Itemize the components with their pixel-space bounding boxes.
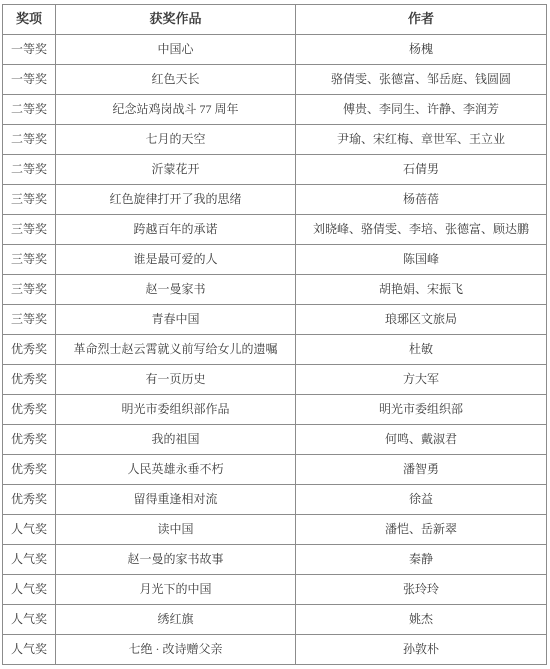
table-row: 优秀奖人民英雄永垂不朽潘智勇 [3, 455, 547, 485]
table-row: 人气奖绣红旗姚杰 [3, 605, 547, 635]
table-row: 优秀奖留得重逢相对流徐益 [3, 485, 547, 515]
author-cell: 杨槐 [296, 35, 547, 65]
award-cell: 一等奖 [3, 65, 56, 95]
author-cell: 刘晓峰、骆倩雯、李培、张德富、顾达鹏 [296, 215, 547, 245]
award-cell: 人气奖 [3, 545, 56, 575]
awards-table-container: 奖项 获奖作品 作者 一等奖中国心杨槐一等奖红色天长骆倩雯、张德富、邹岳庭、钱圆… [0, 0, 550, 669]
award-cell: 人气奖 [3, 605, 56, 635]
author-cell: 孙敦朴 [296, 635, 547, 665]
author-cell: 明光市委组织部 [296, 395, 547, 425]
award-cell: 优秀奖 [3, 455, 56, 485]
work-cell: 我的祖国 [56, 425, 296, 455]
author-cell: 胡艳娟、宋振飞 [296, 275, 547, 305]
table-row: 三等奖红色旋律打开了我的思绪杨蓓蓓 [3, 185, 547, 215]
work-cell: 明光市委组织部作品 [56, 395, 296, 425]
awards-table: 奖项 获奖作品 作者 一等奖中国心杨槐一等奖红色天长骆倩雯、张德富、邹岳庭、钱圆… [2, 4, 547, 665]
author-cell: 徐益 [296, 485, 547, 515]
table-row: 人气奖月光下的中国张玲玲 [3, 575, 547, 605]
work-cell: 赵一曼家书 [56, 275, 296, 305]
author-cell: 陈国峰 [296, 245, 547, 275]
author-cell: 方大军 [296, 365, 547, 395]
award-cell: 二等奖 [3, 155, 56, 185]
work-cell: 绣红旗 [56, 605, 296, 635]
table-row: 二等奖七月的天空尹瑜、宋红梅、章世军、王立业 [3, 125, 547, 155]
work-cell: 月光下的中国 [56, 575, 296, 605]
work-cell: 有一页历史 [56, 365, 296, 395]
work-cell: 红色旋律打开了我的思绪 [56, 185, 296, 215]
col-header-work: 获奖作品 [56, 5, 296, 35]
award-cell: 三等奖 [3, 275, 56, 305]
work-cell: 读中国 [56, 515, 296, 545]
work-cell: 谁是最可爱的人 [56, 245, 296, 275]
awards-table-body: 一等奖中国心杨槐一等奖红色天长骆倩雯、张德富、邹岳庭、钱圆圆二等奖纪念站鸡岗战斗… [3, 35, 547, 665]
table-row: 人气奖七绝 · 改诗赠父亲孙敦朴 [3, 635, 547, 665]
award-cell: 优秀奖 [3, 425, 56, 455]
work-cell: 七月的天空 [56, 125, 296, 155]
table-row: 三等奖青春中国琅琊区文旅局 [3, 305, 547, 335]
author-cell: 秦静 [296, 545, 547, 575]
table-row: 人气奖读中国潘恺、岳新翠 [3, 515, 547, 545]
author-cell: 傅贵、李同生、许静、李润芳 [296, 95, 547, 125]
work-cell: 青春中国 [56, 305, 296, 335]
award-cell: 优秀奖 [3, 335, 56, 365]
author-cell: 琅琊区文旅局 [296, 305, 547, 335]
col-header-author: 作者 [296, 5, 547, 35]
author-cell: 杜敏 [296, 335, 547, 365]
table-row: 优秀奖明光市委组织部作品明光市委组织部 [3, 395, 547, 425]
work-cell: 沂蒙花开 [56, 155, 296, 185]
author-cell: 石倩男 [296, 155, 547, 185]
award-cell: 三等奖 [3, 185, 56, 215]
work-cell: 留得重逢相对流 [56, 485, 296, 515]
col-header-award: 奖项 [3, 5, 56, 35]
award-cell: 优秀奖 [3, 395, 56, 425]
award-cell: 三等奖 [3, 245, 56, 275]
work-cell: 纪念站鸡岗战斗 77 周年 [56, 95, 296, 125]
award-cell: 人气奖 [3, 635, 56, 665]
table-row: 一等奖中国心杨槐 [3, 35, 547, 65]
table-row: 优秀奖有一页历史方大军 [3, 365, 547, 395]
work-cell: 人民英雄永垂不朽 [56, 455, 296, 485]
award-cell: 二等奖 [3, 95, 56, 125]
author-cell: 尹瑜、宋红梅、章世军、王立业 [296, 125, 547, 155]
author-cell: 何鸣、戴淑君 [296, 425, 547, 455]
author-cell: 潘恺、岳新翠 [296, 515, 547, 545]
work-cell: 中国心 [56, 35, 296, 65]
work-cell: 跨越百年的承诺 [56, 215, 296, 245]
table-row: 人气奖赵一曼的家书故事秦静 [3, 545, 547, 575]
work-cell: 赵一曼的家书故事 [56, 545, 296, 575]
author-cell: 姚杰 [296, 605, 547, 635]
author-cell: 张玲玲 [296, 575, 547, 605]
award-cell: 三等奖 [3, 215, 56, 245]
award-cell: 人气奖 [3, 515, 56, 545]
award-cell: 三等奖 [3, 305, 56, 335]
work-cell: 七绝 · 改诗赠父亲 [56, 635, 296, 665]
table-row: 二等奖纪念站鸡岗战斗 77 周年傅贵、李同生、许静、李润芳 [3, 95, 547, 125]
table-row: 一等奖红色天长骆倩雯、张德富、邹岳庭、钱圆圆 [3, 65, 547, 95]
author-cell: 杨蓓蓓 [296, 185, 547, 215]
table-row: 三等奖赵一曼家书胡艳娟、宋振飞 [3, 275, 547, 305]
author-cell: 潘智勇 [296, 455, 547, 485]
header-row: 奖项 获奖作品 作者 [3, 5, 547, 35]
author-cell: 骆倩雯、张德富、邹岳庭、钱圆圆 [296, 65, 547, 95]
work-cell: 红色天长 [56, 65, 296, 95]
table-row: 优秀奖革命烈士赵云霄就义前写给女儿的遗嘱杜敏 [3, 335, 547, 365]
award-cell: 二等奖 [3, 125, 56, 155]
award-cell: 优秀奖 [3, 485, 56, 515]
award-cell: 一等奖 [3, 35, 56, 65]
table-row: 三等奖跨越百年的承诺刘晓峰、骆倩雯、李培、张德富、顾达鹏 [3, 215, 547, 245]
table-row: 优秀奖我的祖国何鸣、戴淑君 [3, 425, 547, 455]
table-row: 三等奖谁是最可爱的人陈国峰 [3, 245, 547, 275]
table-row: 二等奖沂蒙花开石倩男 [3, 155, 547, 185]
award-cell: 优秀奖 [3, 365, 56, 395]
award-cell: 人气奖 [3, 575, 56, 605]
work-cell: 革命烈士赵云霄就义前写给女儿的遗嘱 [56, 335, 296, 365]
